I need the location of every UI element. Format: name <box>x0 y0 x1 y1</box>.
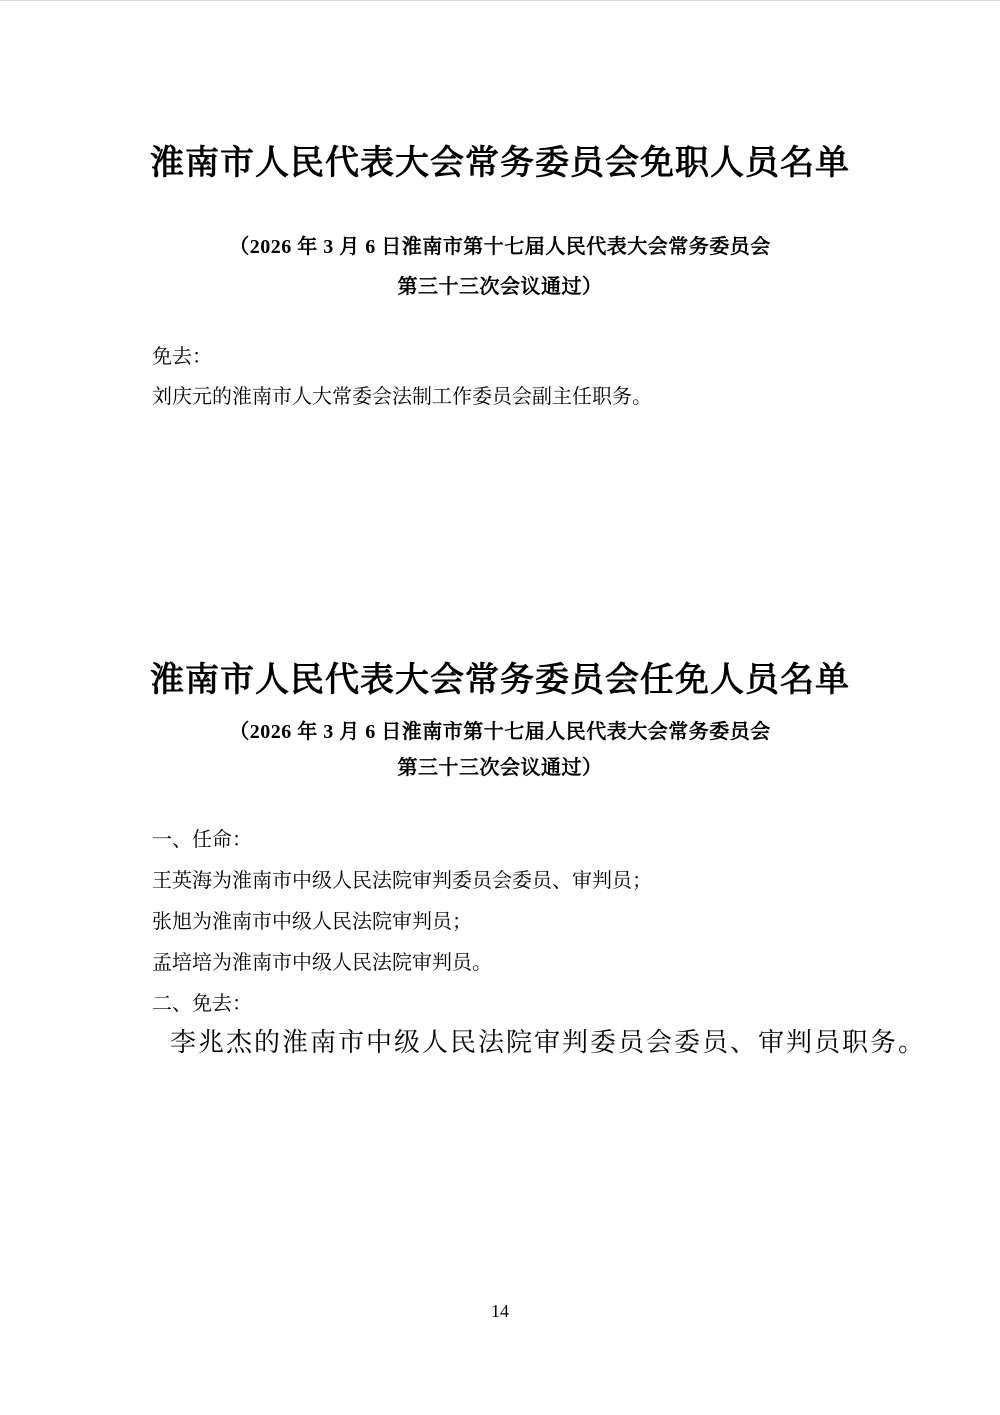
section1-meeting-line1: （2026 年 3 月 6 日淮南市第十七届人民代表大会常务委员会 <box>0 227 1000 267</box>
section2-meeting-info: （2026 年 3 月 6 日淮南市第十七届人民代表大会常务委员会 第三十三次会… <box>0 714 1000 786</box>
section1-meeting-line2: 第三十三次会议通过） <box>0 267 1000 307</box>
page-number: 14 <box>0 1299 1000 1323</box>
document-page: 淮南市人民代表大会常务委员会免职人员名单 （2026 年 3 月 6 日淮南市第… <box>0 0 1000 1415</box>
section1-title: 淮南市人民代表大会常务委员会免职人员名单 <box>0 145 1000 183</box>
section2-title: 淮南市人民代表大会常务委员会任免人员名单 <box>0 662 1000 700</box>
section2-meeting-line1: （2026 年 3 月 6 日淮南市第十七届人民代表大会常务委员会 <box>0 714 1000 750</box>
section2-removal-item: 李兆杰的淮南市中级人民法院审判委员会委员、审判员职务。 <box>170 1021 1000 1065</box>
section2-appointment-item: 王英海为淮南市中级人民法院审判委员会委员、审判员； <box>152 861 880 902</box>
section2-appoint-label: 一、任命： <box>152 820 880 861</box>
section1-action-label: 免去： <box>152 337 880 377</box>
section2-meeting-line2: 第三十三次会议通过） <box>0 750 1000 786</box>
section1-meeting-info: （2026 年 3 月 6 日淮南市第十七届人民代表大会常务委员会 第三十三次会… <box>0 227 1000 307</box>
section2-body: 一、任命： 王英海为淮南市中级人民法院审判委员会委员、审判员； 张旭为淮南市中级… <box>152 820 880 1025</box>
section1-removal-item: 刘庆元的淮南市人大常委会法制工作委员会副主任职务。 <box>152 377 880 417</box>
section2-appointment-item: 张旭为淮南市中级人民法院审判员； <box>152 902 880 943</box>
section2-removal-label: 二、免去： <box>152 984 880 1025</box>
section2-appointment-item: 孟培培为淮南市中级人民法院审判员。 <box>152 943 880 984</box>
section1-body: 免去： 刘庆元的淮南市人大常委会法制工作委员会副主任职务。 <box>152 337 880 417</box>
